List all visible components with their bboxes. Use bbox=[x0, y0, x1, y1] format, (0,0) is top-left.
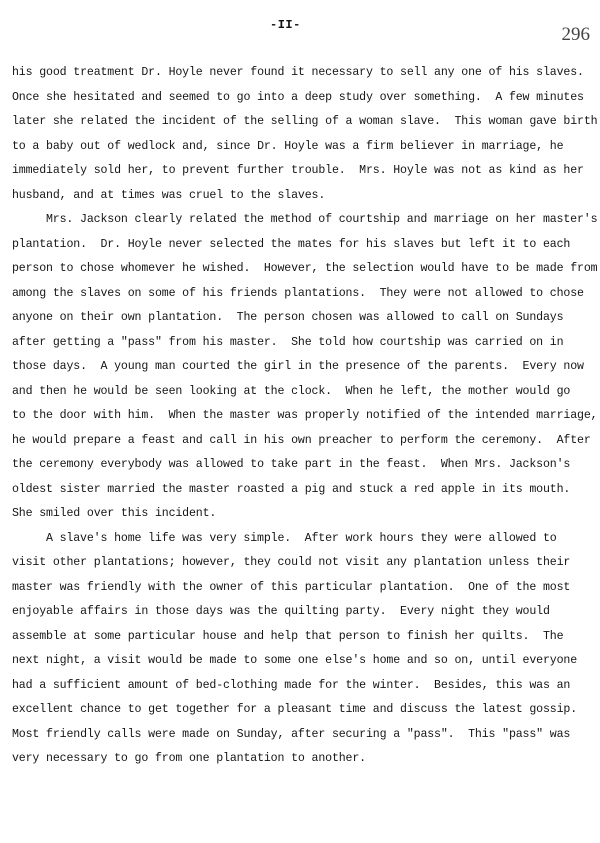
text-line: Most friendly calls were made on Sunday,… bbox=[12, 726, 600, 751]
text-line: Once she hesitated and seemed to go into… bbox=[12, 89, 600, 114]
text-line: oldest sister married the master roasted… bbox=[12, 481, 600, 506]
text-line: master was friendly with the owner of th… bbox=[12, 579, 600, 604]
text-line: very necessary to go from one plantation… bbox=[12, 750, 600, 775]
text-line: the ceremony everybody was allowed to ta… bbox=[12, 456, 600, 481]
typewritten-body: his good treatment Dr. Hoyle never found… bbox=[12, 64, 600, 775]
text-line: to a baby out of wedlock and, since Dr. … bbox=[12, 138, 600, 163]
text-line: his good treatment Dr. Hoyle never found… bbox=[12, 64, 600, 89]
text-line: and then he would be seen looking at the… bbox=[12, 383, 600, 408]
text-line: anyone on their own plantation. The pers… bbox=[12, 309, 600, 334]
text-line: A slave's home life was very simple. Aft… bbox=[12, 530, 600, 555]
text-line: next night, a visit would be made to som… bbox=[12, 652, 600, 677]
text-line: excellent chance to get together for a p… bbox=[12, 701, 600, 726]
text-line: immediately sold her, to prevent further… bbox=[12, 162, 600, 187]
text-line: plantation. Dr. Hoyle never selected the… bbox=[12, 236, 600, 261]
text-line: Mrs. Jackson clearly related the method … bbox=[12, 211, 600, 236]
text-line: visit other plantations; however, they c… bbox=[12, 554, 600, 579]
section-label: -II- bbox=[270, 18, 301, 32]
text-line: after getting a "pass" from his master. … bbox=[12, 334, 600, 359]
page-number: 296 bbox=[562, 24, 591, 46]
text-line: assemble at some particular house and he… bbox=[12, 628, 600, 653]
text-line: later she related the incident of the se… bbox=[12, 113, 600, 138]
page-header: -II- 296 bbox=[0, 10, 600, 40]
text-line: husband, and at times was cruel to the s… bbox=[12, 187, 600, 212]
text-line: those days. A young man courted the girl… bbox=[12, 358, 600, 383]
text-line: enjoyable affairs in those days was the … bbox=[12, 603, 600, 628]
text-line: had a sufficient amount of bed-clothing … bbox=[12, 677, 600, 702]
text-line: he would prepare a feast and call in his… bbox=[12, 432, 600, 457]
text-line: among the slaves on some of his friends … bbox=[12, 285, 600, 310]
text-line: to the door with him. When the master wa… bbox=[12, 407, 600, 432]
text-line: She smiled over this incident. bbox=[12, 505, 600, 530]
text-line: person to chose whomever he wished. Howe… bbox=[12, 260, 600, 285]
